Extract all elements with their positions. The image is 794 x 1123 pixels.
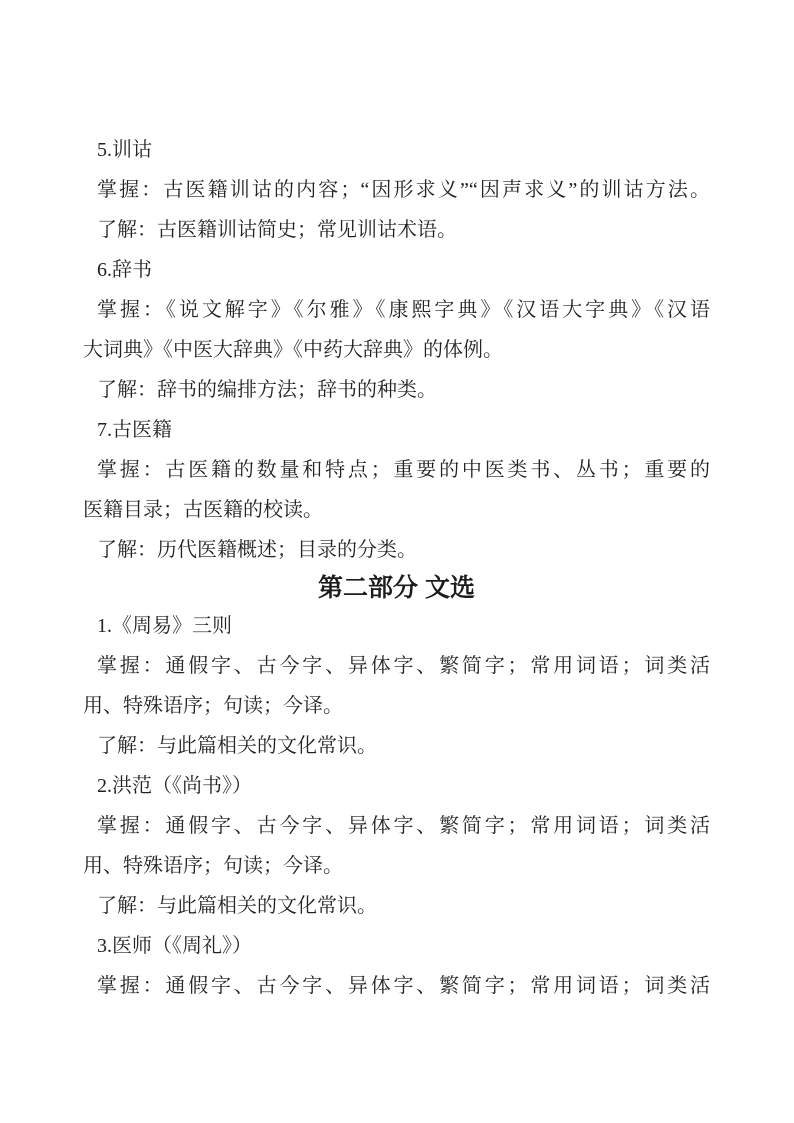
document-line: 用、特殊语序；句读；今译。 [83,846,710,886]
document-line: 掌握：通假字、古今字、异体字、繁简字；常用词语；词类活 [83,806,710,846]
document-line: 掌握：古医籍的数量和特点；重要的中医类书、丛书；重要的 [83,450,710,490]
document-line: 大词典》《中医大辞典》《中药大辞典》的体例。 [83,330,710,370]
document-line: 医籍目录；古医籍的校读。 [83,490,710,530]
document-line: 了解：辞书的编排方法；辞书的种类。 [83,370,710,410]
document-page: 5.训诂掌握：古医籍训诂的内容；“因形求义”“因声求义”的训诂方法。了解：古医籍… [0,0,794,1123]
document-line: 6.辞书 [83,250,710,290]
document-line: 掌握：《说文解字》《尔雅》《康熙字典》《汉语大字典》《汉语 [83,290,710,330]
document-line: 掌握：通假字、古今字、异体字、繁简字；常用词语；词类活 [83,646,710,686]
document-line: 掌握：古医籍训诂的内容；“因形求义”“因声求义”的训诂方法。 [83,170,710,210]
document-line: 7.古医籍 [83,410,710,450]
document-line: 用、特殊语序；句读；今译。 [83,686,710,726]
document-line: 了解：与此篇相关的文化常识。 [83,886,710,926]
document-body: 5.训诂掌握：古医籍训诂的内容；“因形求义”“因声求义”的训诂方法。了解：古医籍… [83,130,710,1006]
section-heading: 第二部分 文选 [83,570,710,606]
document-line: 掌握：通假字、古今字、异体字、繁简字；常用词语；词类活 [83,966,710,1006]
document-line: 了解：古医籍训诂简史；常见训诂术语。 [83,210,710,250]
document-line: 2.洪范（《尚书》） [83,766,710,806]
document-line: 3.医师（《周礼》） [83,926,710,966]
document-line: 了解：与此篇相关的文化常识。 [83,726,710,766]
document-line: 5.训诂 [83,130,710,170]
document-line: 1.《周易》三则 [83,606,710,646]
document-line: 了解：历代医籍概述；目录的分类。 [83,530,710,570]
